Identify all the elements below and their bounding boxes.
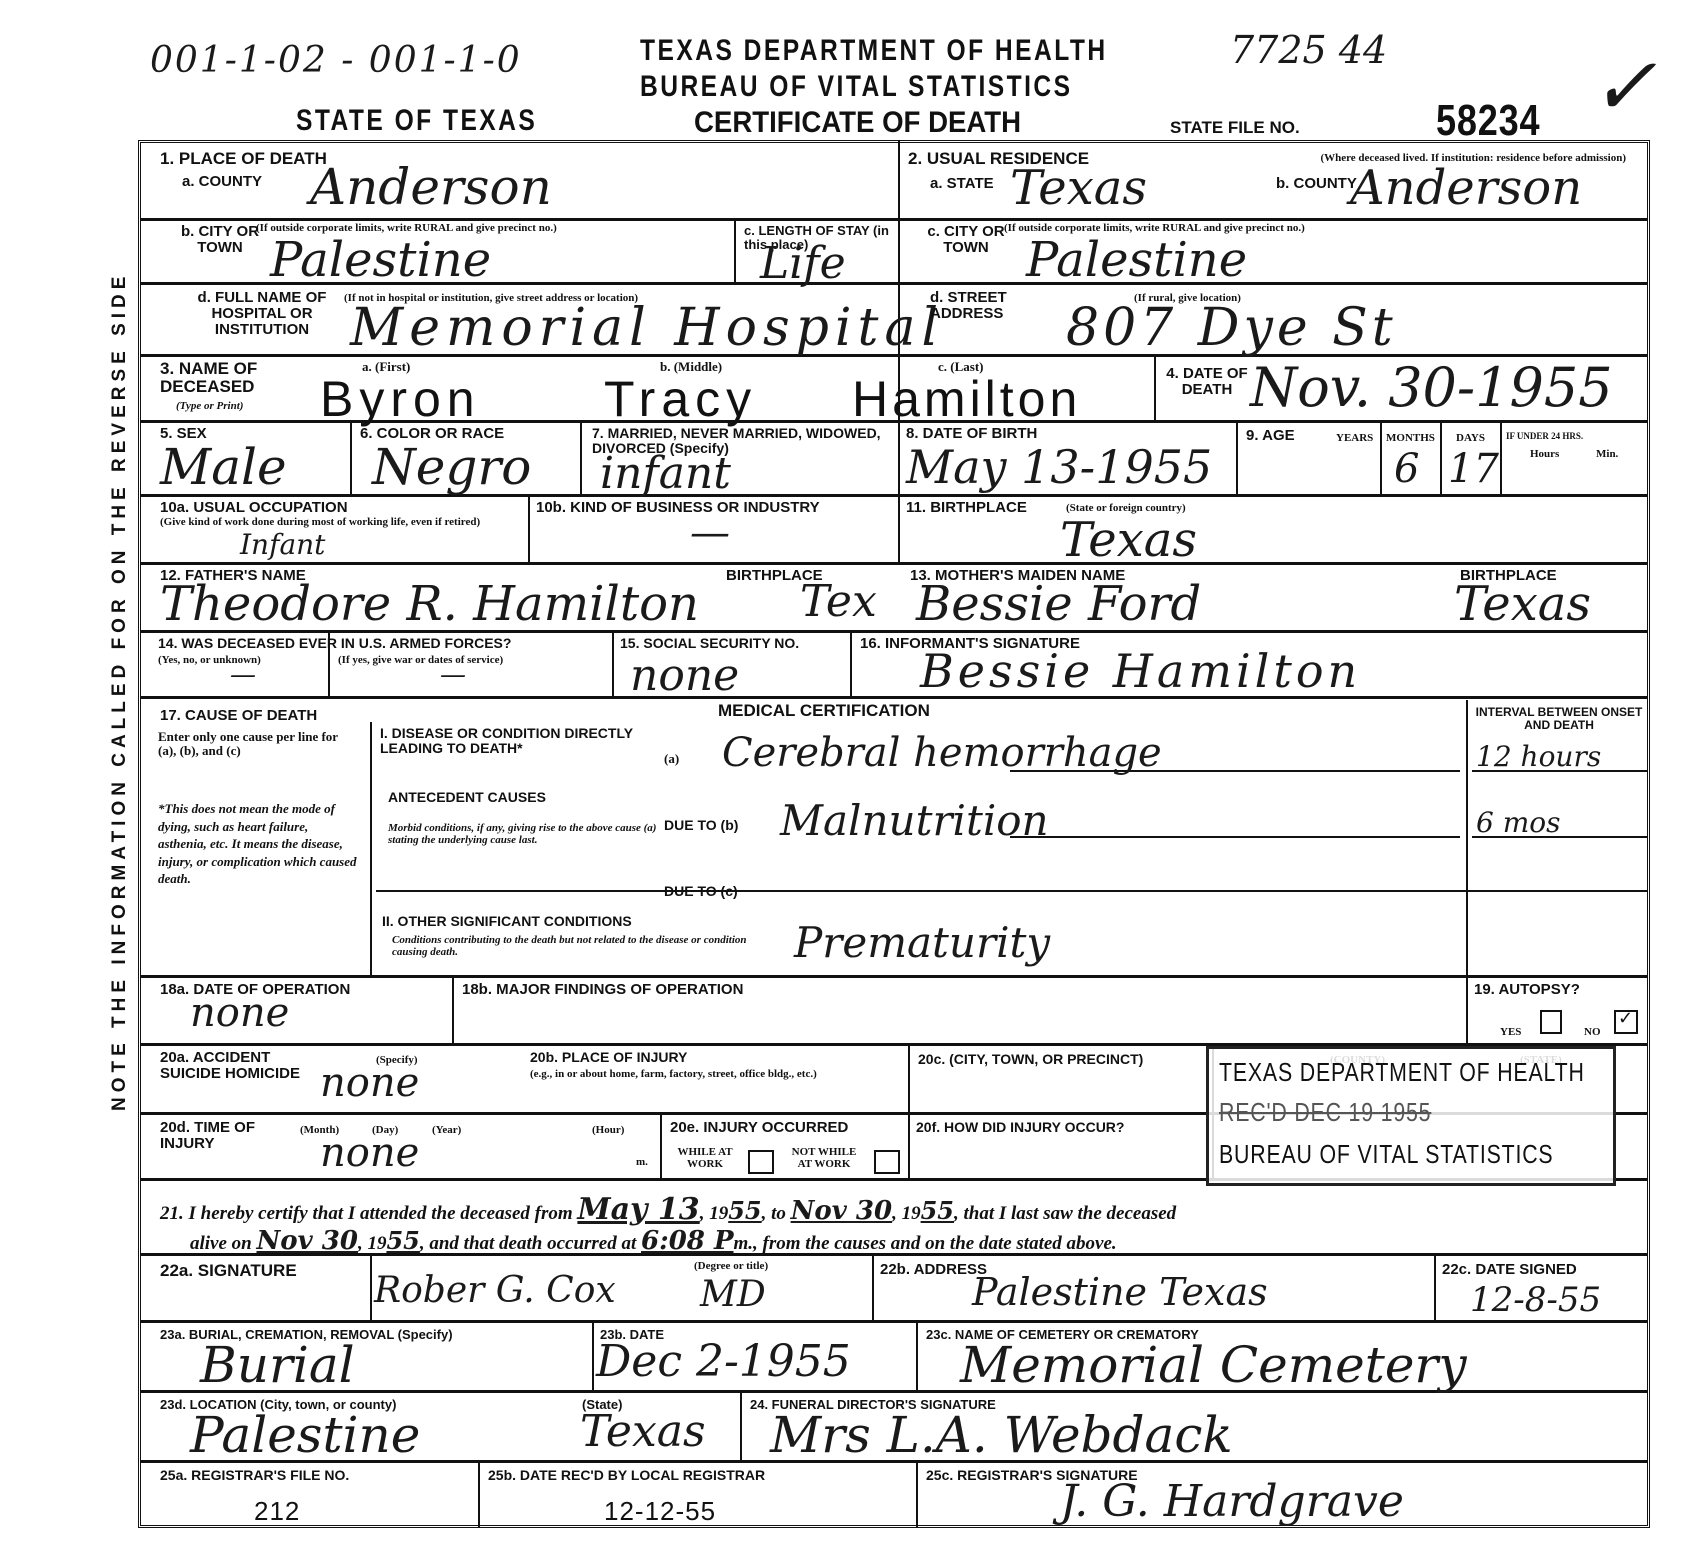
physician-degree: MD: [700, 1274, 766, 1315]
ssn-value: none: [630, 650, 739, 701]
attended-to-value: Nov 30: [791, 1196, 892, 1226]
certify-line1: 21. I hereby certify that I attended the…: [160, 1192, 1176, 1227]
age-months-value: 6: [1394, 446, 1419, 492]
certify-text-c: , to: [762, 1203, 786, 1224]
residence-city-label: c. CITY OR TOWN: [926, 224, 1006, 256]
autopsy-no-label: NO: [1584, 1026, 1601, 1038]
certify-text-h: , and that death occurred at: [420, 1233, 636, 1254]
while-at-work-checkbox[interactable]: [748, 1150, 774, 1174]
date-signed-label: 22c. DATE SIGNED: [1442, 1262, 1577, 1278]
business-label: 10b. KIND OF BUSINESS OR INDUSTRY: [536, 500, 820, 516]
certify-text-f: alive on: [190, 1233, 252, 1254]
business-value: —: [690, 510, 730, 556]
city-label: b. CITY OR TOWN: [180, 224, 260, 256]
marital-value: infant: [600, 448, 731, 499]
registrar-file-no-label: 25a. REGISTRAR'S FILE NO.: [160, 1468, 349, 1483]
county-label: a. COUNTY: [182, 174, 262, 190]
stay-value: Life: [760, 238, 846, 289]
how-injury-label: 20f. HOW DID INJURY OCCUR?: [916, 1120, 1124, 1135]
registrar-signature-value: J. G. Hardgrave: [1060, 1476, 1404, 1527]
page-title: CERTIFICATE OF DEATH: [694, 106, 1021, 140]
received-stamp: TEXAS DEPARTMENT OF HEALTH REC'D DEC 19 …: [1206, 1046, 1616, 1186]
cause-b-value: Malnutrition: [780, 796, 1049, 845]
degree-label: (Degree or title): [694, 1260, 768, 1272]
mother-value: Bessie Ford: [916, 576, 1201, 632]
age-years-label: YEARS: [1336, 432, 1373, 444]
not-while-at-work-label: NOT WHILE AT WORK: [784, 1146, 864, 1170]
armed-forces-sub2: (If yes, give war or dates of service): [338, 654, 503, 666]
age-under-24-label: IF UNDER 24 HRS.: [1506, 432, 1583, 442]
funeral-director-value: Mrs L.A. Webdack: [770, 1406, 1233, 1464]
cause-b-label: DUE TO (b): [664, 818, 738, 833]
armed-forces-label: 14. WAS DECEASED EVER IN U.S. ARMED FORC…: [158, 636, 511, 651]
birthplace-label: 11. BIRTHPLACE: [906, 500, 1027, 516]
agency-line1: TEXAS DEPARTMENT OF HEALTH: [640, 34, 1108, 68]
father-value: Theodore R. Hamilton: [160, 576, 699, 632]
race-value: Negro: [372, 438, 531, 496]
father-birthplace-value: Tex: [800, 576, 877, 627]
state-label: STATE OF TEXAS: [296, 104, 537, 138]
cause-a-label: (a): [664, 752, 679, 766]
interval-a-value: 12 hours: [1476, 740, 1601, 773]
physician-address-value: Palestine Texas: [972, 1270, 1268, 1314]
informant-value: Bessie Hamilton: [920, 644, 1361, 698]
cause-a-value: Cerebral hemorrhage: [722, 730, 1162, 776]
residence-county-value: Anderson: [1350, 160, 1582, 216]
stamp-line3: BUREAU OF VITAL STATISTICS: [1219, 1139, 1553, 1170]
operation-findings-label: 18b. MAJOR FINDINGS OF OPERATION: [462, 982, 743, 998]
place-of-injury-label: 20b. PLACE OF INJURY: [530, 1050, 687, 1065]
certify-text-b: , 19: [700, 1203, 729, 1224]
file-code: 001-1-02 - 001-1-0: [150, 40, 522, 81]
place-of-death-label: 1. PLACE OF DEATH: [160, 150, 327, 168]
handwritten-number: 7725 44: [1230, 28, 1387, 72]
last-seen-alive-value: Nov 30: [257, 1226, 358, 1256]
death-city-value: Palestine: [270, 232, 491, 288]
last-seen-alive-year: 55: [386, 1226, 419, 1255]
time-of-injury-label: 20d. TIME OF INJURY: [160, 1120, 270, 1152]
certify-text-d: , 19: [892, 1203, 921, 1224]
accident-value: none: [320, 1060, 419, 1106]
injury-year-label: (Year): [432, 1124, 461, 1136]
attended-to-year: 55: [921, 1196, 954, 1225]
interval-b-value: 6 mos: [1476, 806, 1561, 839]
armed-service-value: —: [440, 660, 466, 690]
operation-date-value: none: [190, 990, 289, 1036]
dob-value: May 13-1955: [906, 440, 1212, 494]
side-note: NOTE THE INFORMATION CALLED FOR ON THE R…: [109, 431, 131, 1111]
interval-label: INTERVAL BETWEEN ONSET AND DEATH: [1474, 706, 1644, 731]
age-label: 9. AGE: [1246, 428, 1295, 444]
death-time-value: 6:08 P: [641, 1226, 733, 1256]
autopsy-label: 19. AUTOPSY?: [1474, 982, 1580, 998]
burial-location-value: Palestine: [190, 1406, 420, 1464]
signature-label: 22a. SIGNATURE: [160, 1262, 297, 1280]
medical-heading: MEDICAL CERTIFICATION: [718, 702, 930, 720]
time-of-injury-value: none: [320, 1130, 419, 1176]
antecedent-label: ANTECEDENT CAUSES: [388, 790, 546, 805]
autopsy-no-checkbox[interactable]: ✓: [1614, 1010, 1638, 1034]
autopsy-yes-checkbox[interactable]: [1540, 1010, 1562, 1034]
hospital-label: d. FULL NAME OF HOSPITAL OR INSTITUTION: [180, 290, 344, 337]
date-of-death-value: Nov. 30-1955: [1250, 356, 1613, 419]
ssn-label: 15. SOCIAL SECURITY NO.: [620, 636, 799, 651]
physician-address-label: 22b. ADDRESS: [880, 1262, 987, 1278]
residence-state-value: Texas: [1010, 160, 1147, 216]
hospital-value: Memorial Hospital: [350, 298, 944, 358]
cause-c-label: DUE TO (c): [664, 884, 738, 899]
age-min-label: Min.: [1596, 448, 1618, 460]
date-of-death-label: 4. DATE OF DEATH: [1164, 366, 1250, 398]
state-file-label: STATE FILE NO.: [1170, 118, 1300, 138]
street-label: d. STREET ADDRESS: [930, 290, 1040, 322]
antecedent-note: Morbid conditions, if any, giving rise t…: [388, 822, 658, 846]
stamp-line1: TEXAS DEPARTMENT OF HEALTH: [1219, 1057, 1585, 1088]
age-hours-label: Hours: [1530, 448, 1559, 460]
street-value: 807 Dye St: [1066, 298, 1397, 358]
injury-city-label: 20c. (CITY, TOWN, OR PRECINCT): [918, 1052, 1143, 1067]
certify-text-g: , 19: [358, 1233, 387, 1254]
physician-signature: Rober G. Cox: [374, 1270, 616, 1311]
birthplace-value: Texas: [1060, 512, 1197, 568]
while-at-work-label: WHILE AT WORK: [670, 1146, 740, 1170]
accident-label: 20a. ACCIDENT SUICIDE HOMICIDE: [160, 1050, 310, 1082]
injury-occurred-label: 20e. INJURY OCCURRED: [670, 1120, 848, 1136]
last-name-value: Hamilton: [852, 370, 1081, 428]
first-name-value: Byron: [320, 370, 481, 428]
burial-type-value: Burial: [200, 1336, 355, 1394]
residence-county-label: b. COUNTY: [1276, 176, 1357, 192]
disease-label: I. DISEASE OR CONDITION DIRECTLY LEADING…: [380, 726, 670, 755]
not-while-at-work-checkbox[interactable]: [874, 1150, 900, 1174]
burial-location-state-value: Texas: [580, 1406, 706, 1457]
age-days-value: 17: [1448, 446, 1499, 492]
check-mark: ✓: [1590, 40, 1657, 133]
certify-text-a: 21. I hereby certify that I attended the…: [160, 1203, 573, 1224]
stamp-line2: REC'D DEC 19 1955: [1219, 1097, 1431, 1128]
armed-forces-value: —: [230, 660, 256, 690]
cemetery-value: Memorial Cemetery: [960, 1336, 1467, 1394]
other-conditions-value: Prematurity: [794, 918, 1050, 967]
occupation-value: Infant: [240, 528, 325, 561]
age-months-label: MONTHS: [1386, 432, 1435, 444]
name-sub: (Type or Print): [176, 400, 243, 412]
name-label: 3. NAME OF DECEASED: [160, 360, 310, 396]
certify-text-e: , that I last saw the deceased: [954, 1203, 1176, 1224]
attended-from-value: May 13: [577, 1192, 699, 1227]
other-conditions-note: Conditions contributing to the death but…: [392, 934, 772, 958]
middle-name-value: Tracy: [604, 370, 757, 428]
agency-line2: BUREAU OF VITAL STATISTICS: [640, 70, 1073, 104]
place-of-injury-note: (e.g., in or about home, farm, factory, …: [530, 1068, 870, 1080]
autopsy-yes-label: YES: [1500, 1026, 1521, 1038]
certify-text-i: m., from the causes and on the date stat…: [734, 1233, 1117, 1254]
registrar-date-value: 12-12-55: [604, 1496, 716, 1527]
injury-hour-label: (Hour): [592, 1124, 624, 1136]
certify-line2: alive on Nov 30, 1955, and that death oc…: [190, 1226, 1117, 1256]
registrar-date-label: 25b. DATE REC'D BY LOCAL REGISTRAR: [488, 1468, 765, 1483]
state-file-number: 58234: [1436, 96, 1540, 146]
checkmark-icon: ✓: [1618, 1008, 1633, 1029]
burial-date-value: Dec 2-1955: [596, 1336, 851, 1387]
occupation-note: (Give kind of work done during most of w…: [160, 516, 520, 528]
date-signed-value: 12-8-55: [1470, 1280, 1601, 1320]
residence-state-label: a. STATE: [930, 176, 994, 192]
age-days-label: DAYS: [1456, 432, 1485, 444]
death-county-value: Anderson: [310, 158, 552, 216]
injury-m-label: m.: [636, 1156, 648, 1168]
occupation-label: 10a. USUAL OCCUPATION: [160, 500, 348, 516]
attended-from-year: 55: [728, 1196, 761, 1225]
residence-city-value: Palestine: [1026, 232, 1247, 288]
cause-label: 17. CAUSE OF DEATH: [160, 708, 317, 724]
other-conditions-label: II. OTHER SIGNIFICANT CONDITIONS: [382, 914, 632, 929]
sex-value: Male: [160, 438, 287, 496]
cause-footnote: *This does not mean the mode of dying, s…: [158, 800, 358, 888]
registrar-file-no-value: 212: [254, 1496, 300, 1527]
mother-birthplace-value: Texas: [1454, 576, 1591, 632]
cause-instructions: Enter only one cause per line for (a), (…: [158, 730, 358, 759]
